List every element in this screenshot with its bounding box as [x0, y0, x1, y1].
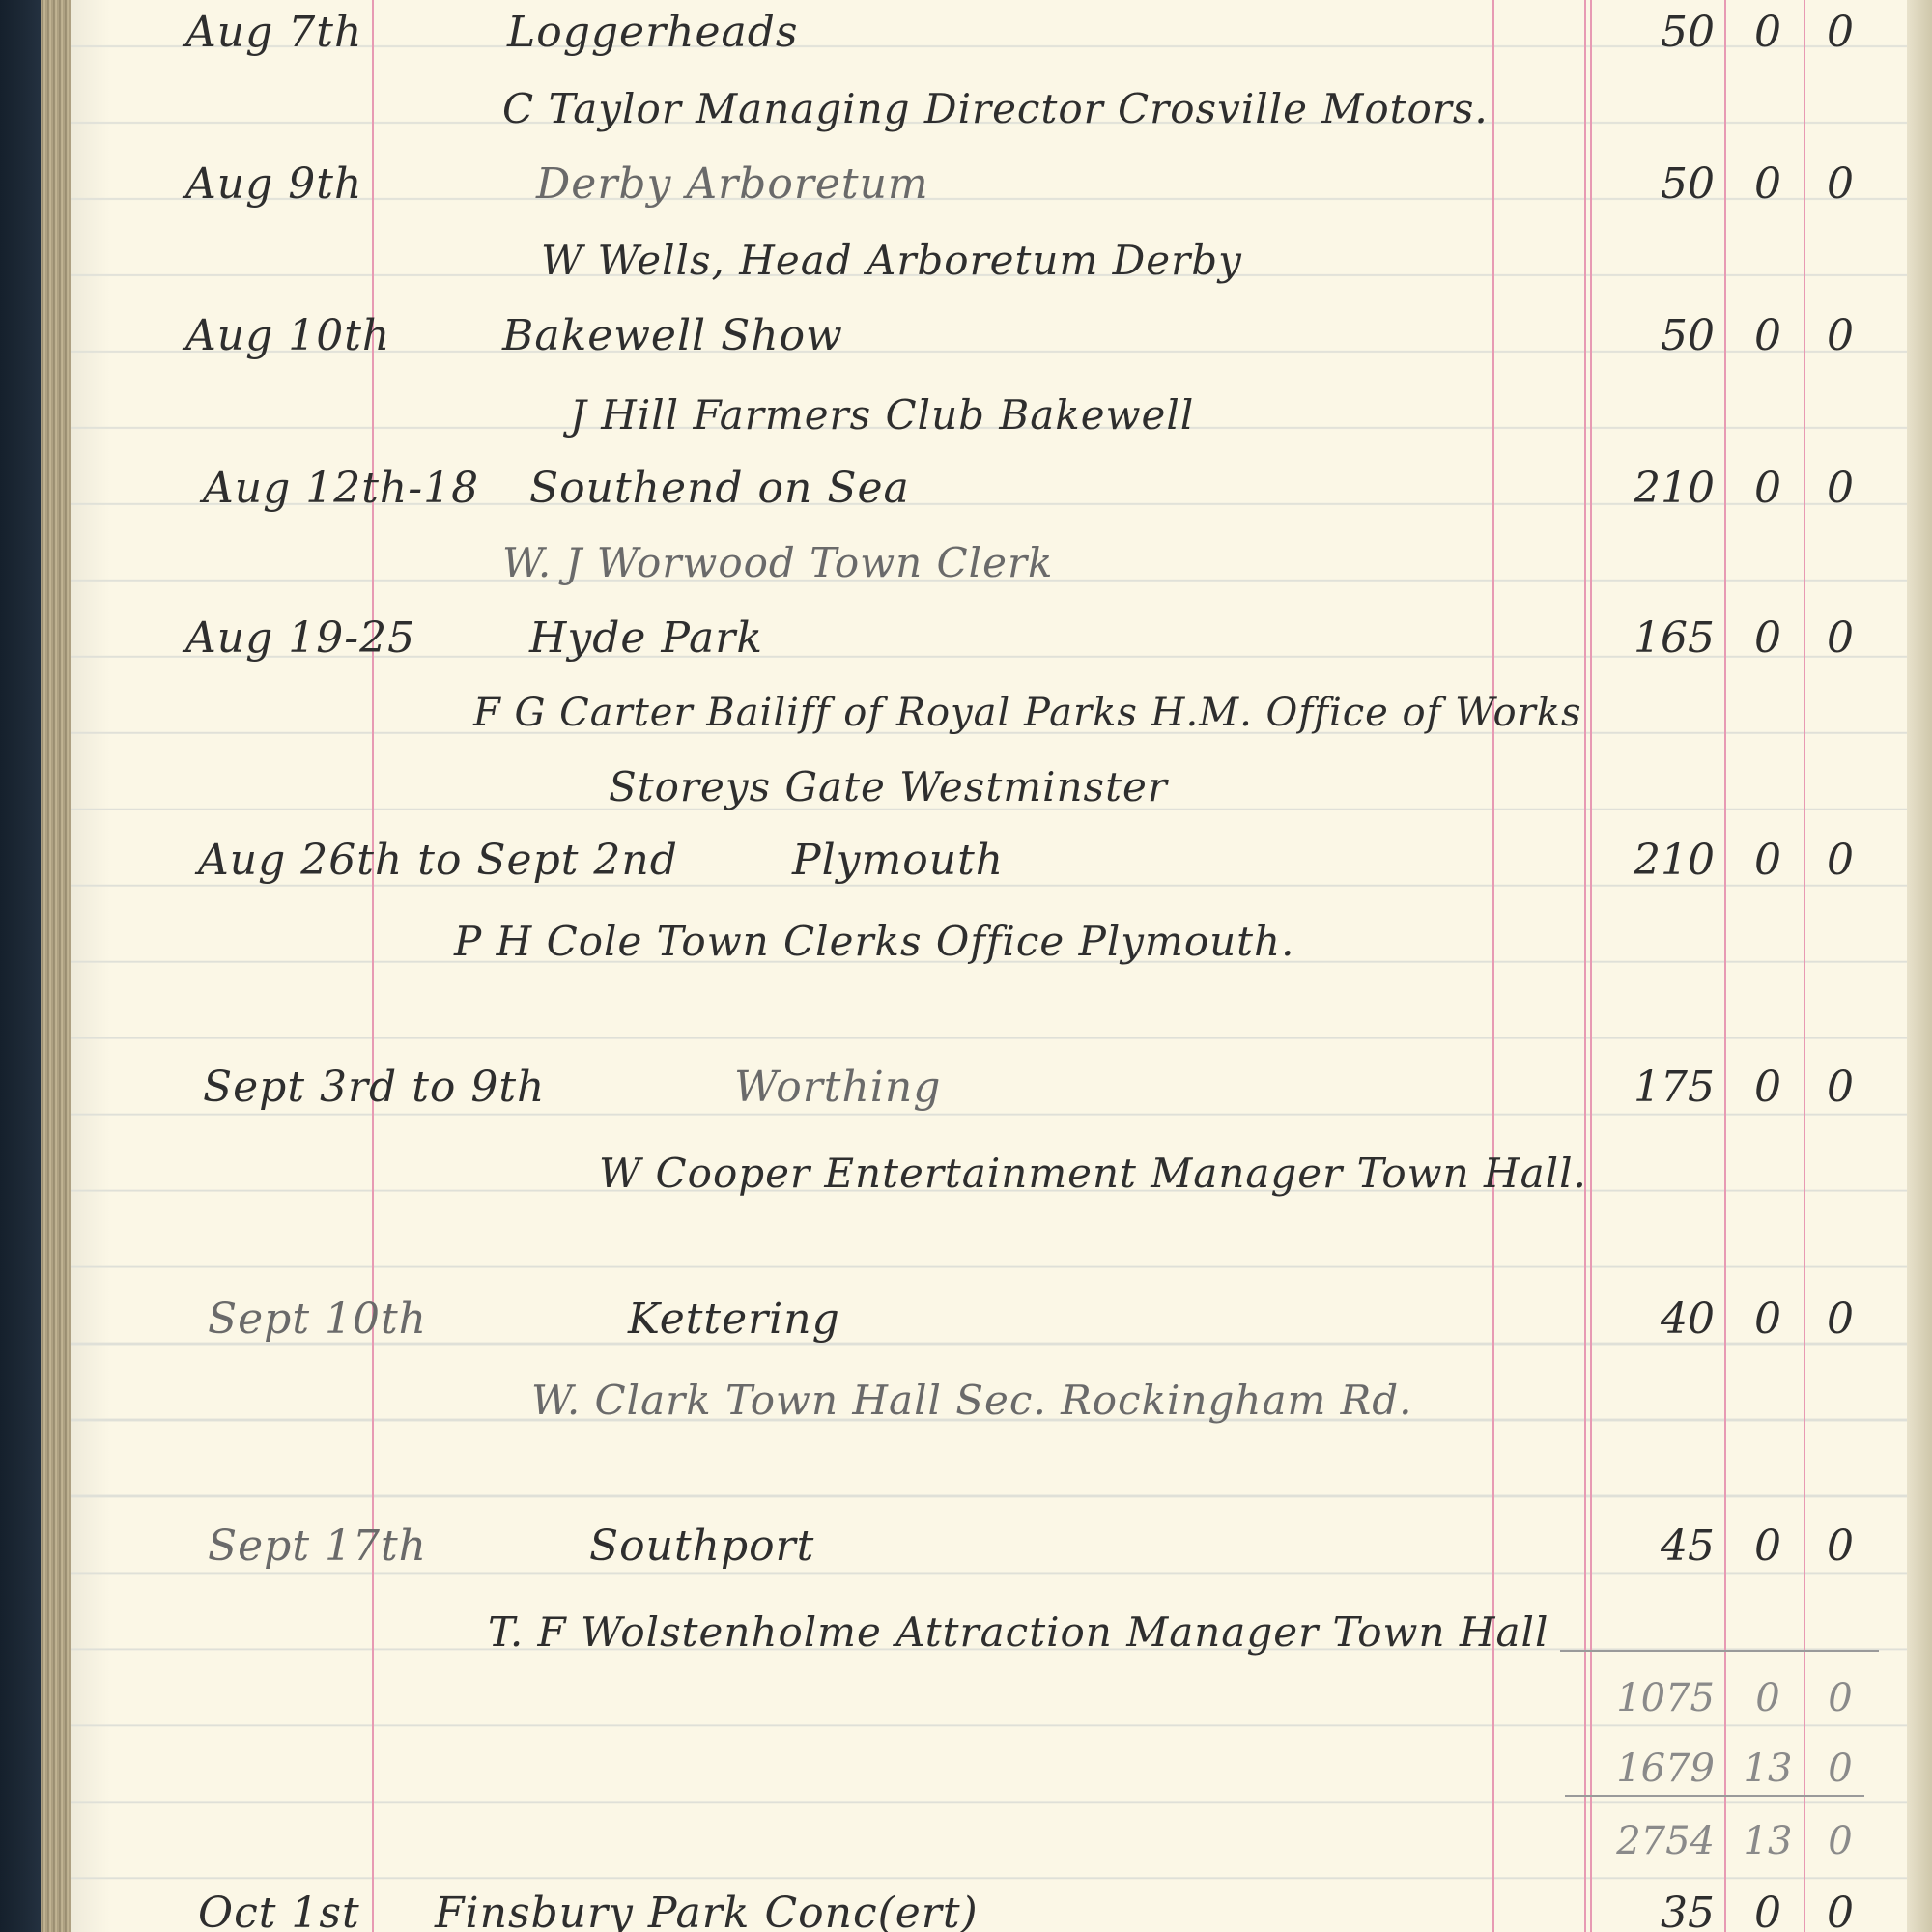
entry-date: Aug 26th to Sept 2nd	[198, 836, 678, 885]
total-shillings: 0	[1739, 1676, 1797, 1720]
page-gutter	[1907, 0, 1932, 1932]
total-shillings: 13	[1739, 1747, 1797, 1791]
column-rule	[1590, 0, 1592, 1932]
amount-pounds: 45	[1584, 1521, 1715, 1571]
amount-shillings: 0	[1739, 1294, 1797, 1344]
column-rule	[1804, 0, 1805, 1932]
amount-pounds: 50	[1584, 311, 1715, 360]
entry-date: Sept 10th	[208, 1294, 427, 1344]
grand-total-pounds: 2754	[1584, 1819, 1715, 1863]
grand-total-pence: 0	[1806, 1819, 1874, 1863]
entry-place: Derby Arboretum	[536, 159, 929, 209]
total-pence: 0	[1806, 1747, 1874, 1791]
amount-shillings: 0	[1739, 613, 1797, 663]
amount-pence: 0	[1806, 1294, 1874, 1344]
entry-date: Sept 3rd to 9th	[203, 1063, 545, 1112]
amount-pence: 0	[1806, 836, 1874, 885]
amount-shillings: 0	[1739, 8, 1797, 57]
amount-pence: 0	[1806, 8, 1874, 57]
total-pounds: 1075	[1584, 1676, 1715, 1720]
total-rule	[1565, 1795, 1864, 1797]
grand-total-shillings: 13	[1739, 1819, 1797, 1863]
entry-contact-line2: Storeys Gate Westminster	[609, 763, 1168, 810]
amount-pounds: 50	[1584, 159, 1715, 209]
amount-pounds: 175	[1584, 1063, 1715, 1112]
entry-place: Southport	[589, 1521, 814, 1571]
entry-contact: J Hill Farmers Club Bakewell	[570, 391, 1194, 439]
entry-place: Southend on Sea	[529, 464, 910, 513]
book-cover	[0, 0, 41, 1932]
entry-place: Bakewell Show	[502, 311, 843, 360]
amount-pence: 0	[1806, 1889, 1874, 1932]
entry-place: Plymouth	[792, 836, 1004, 885]
amount-shillings: 0	[1739, 464, 1797, 513]
page-edges	[41, 0, 71, 1932]
amount-pence: 0	[1806, 1521, 1874, 1571]
amount-shillings: 0	[1739, 159, 1797, 209]
entry-contact: T. F Wolstenholme Attraction Manager Tow…	[488, 1608, 1548, 1656]
entry-place: Finsbury Park Conc(ert)	[435, 1889, 979, 1932]
amount-pounds: 165	[1584, 613, 1715, 663]
amount-pence: 0	[1806, 159, 1874, 209]
entry-contact: C Taylor Managing Director Crosville Mot…	[502, 85, 1489, 132]
total-rule	[1560, 1650, 1879, 1652]
amount-pence: 0	[1806, 464, 1874, 513]
amount-shillings: 0	[1739, 1063, 1797, 1112]
amount-shillings: 0	[1739, 1889, 1797, 1932]
entry-date: Aug 19-25	[185, 613, 415, 663]
entry-contact: W. Clark Town Hall Sec. Rockingham Rd.	[531, 1377, 1413, 1424]
entry-date: Aug 9th	[185, 159, 362, 209]
amount-pounds: 210	[1584, 464, 1715, 513]
amount-pounds: 210	[1584, 836, 1715, 885]
entry-date: Aug 12th-18	[203, 464, 479, 513]
total-pence: 0	[1806, 1676, 1874, 1720]
entry-place: Kettering	[628, 1294, 840, 1344]
amount-pounds: 40	[1584, 1294, 1715, 1344]
entry-contact: W Cooper Entertainment Manager Town Hall…	[599, 1150, 1587, 1197]
entry-place: Hyde Park	[529, 613, 763, 663]
entry-contact: W. J Worwood Town Clerk	[502, 539, 1054, 586]
entry-date: Aug 7th	[185, 8, 362, 57]
amount-pounds: 35	[1584, 1889, 1715, 1932]
column-rule	[1724, 0, 1726, 1932]
amount-shillings: 0	[1739, 1521, 1797, 1571]
entry-place: Loggerheads	[507, 8, 798, 57]
amount-pence: 0	[1806, 1063, 1874, 1112]
amount-pounds: 50	[1584, 8, 1715, 57]
entry-contact: W Wells, Head Arboretum Derby	[541, 237, 1242, 284]
amount-shillings: 0	[1739, 836, 1797, 885]
entry-place: Worthing	[734, 1063, 941, 1112]
entry-date: Oct 1st	[198, 1889, 360, 1932]
amount-pence: 0	[1806, 311, 1874, 360]
column-rule	[1584, 0, 1586, 1932]
date-margin-line	[372, 0, 374, 1932]
amount-shillings: 0	[1739, 311, 1797, 360]
entry-date: Aug 10th	[185, 311, 390, 360]
entry-date: Sept 17th	[208, 1521, 427, 1571]
amount-pence: 0	[1806, 613, 1874, 663]
entry-contact: F G Carter Bailiff of Royal Parks H.M. O…	[473, 691, 1582, 735]
entry-contact: P H Cole Town Clerks Office Plymouth.	[454, 918, 1294, 965]
total-pounds: 1679	[1584, 1747, 1715, 1791]
